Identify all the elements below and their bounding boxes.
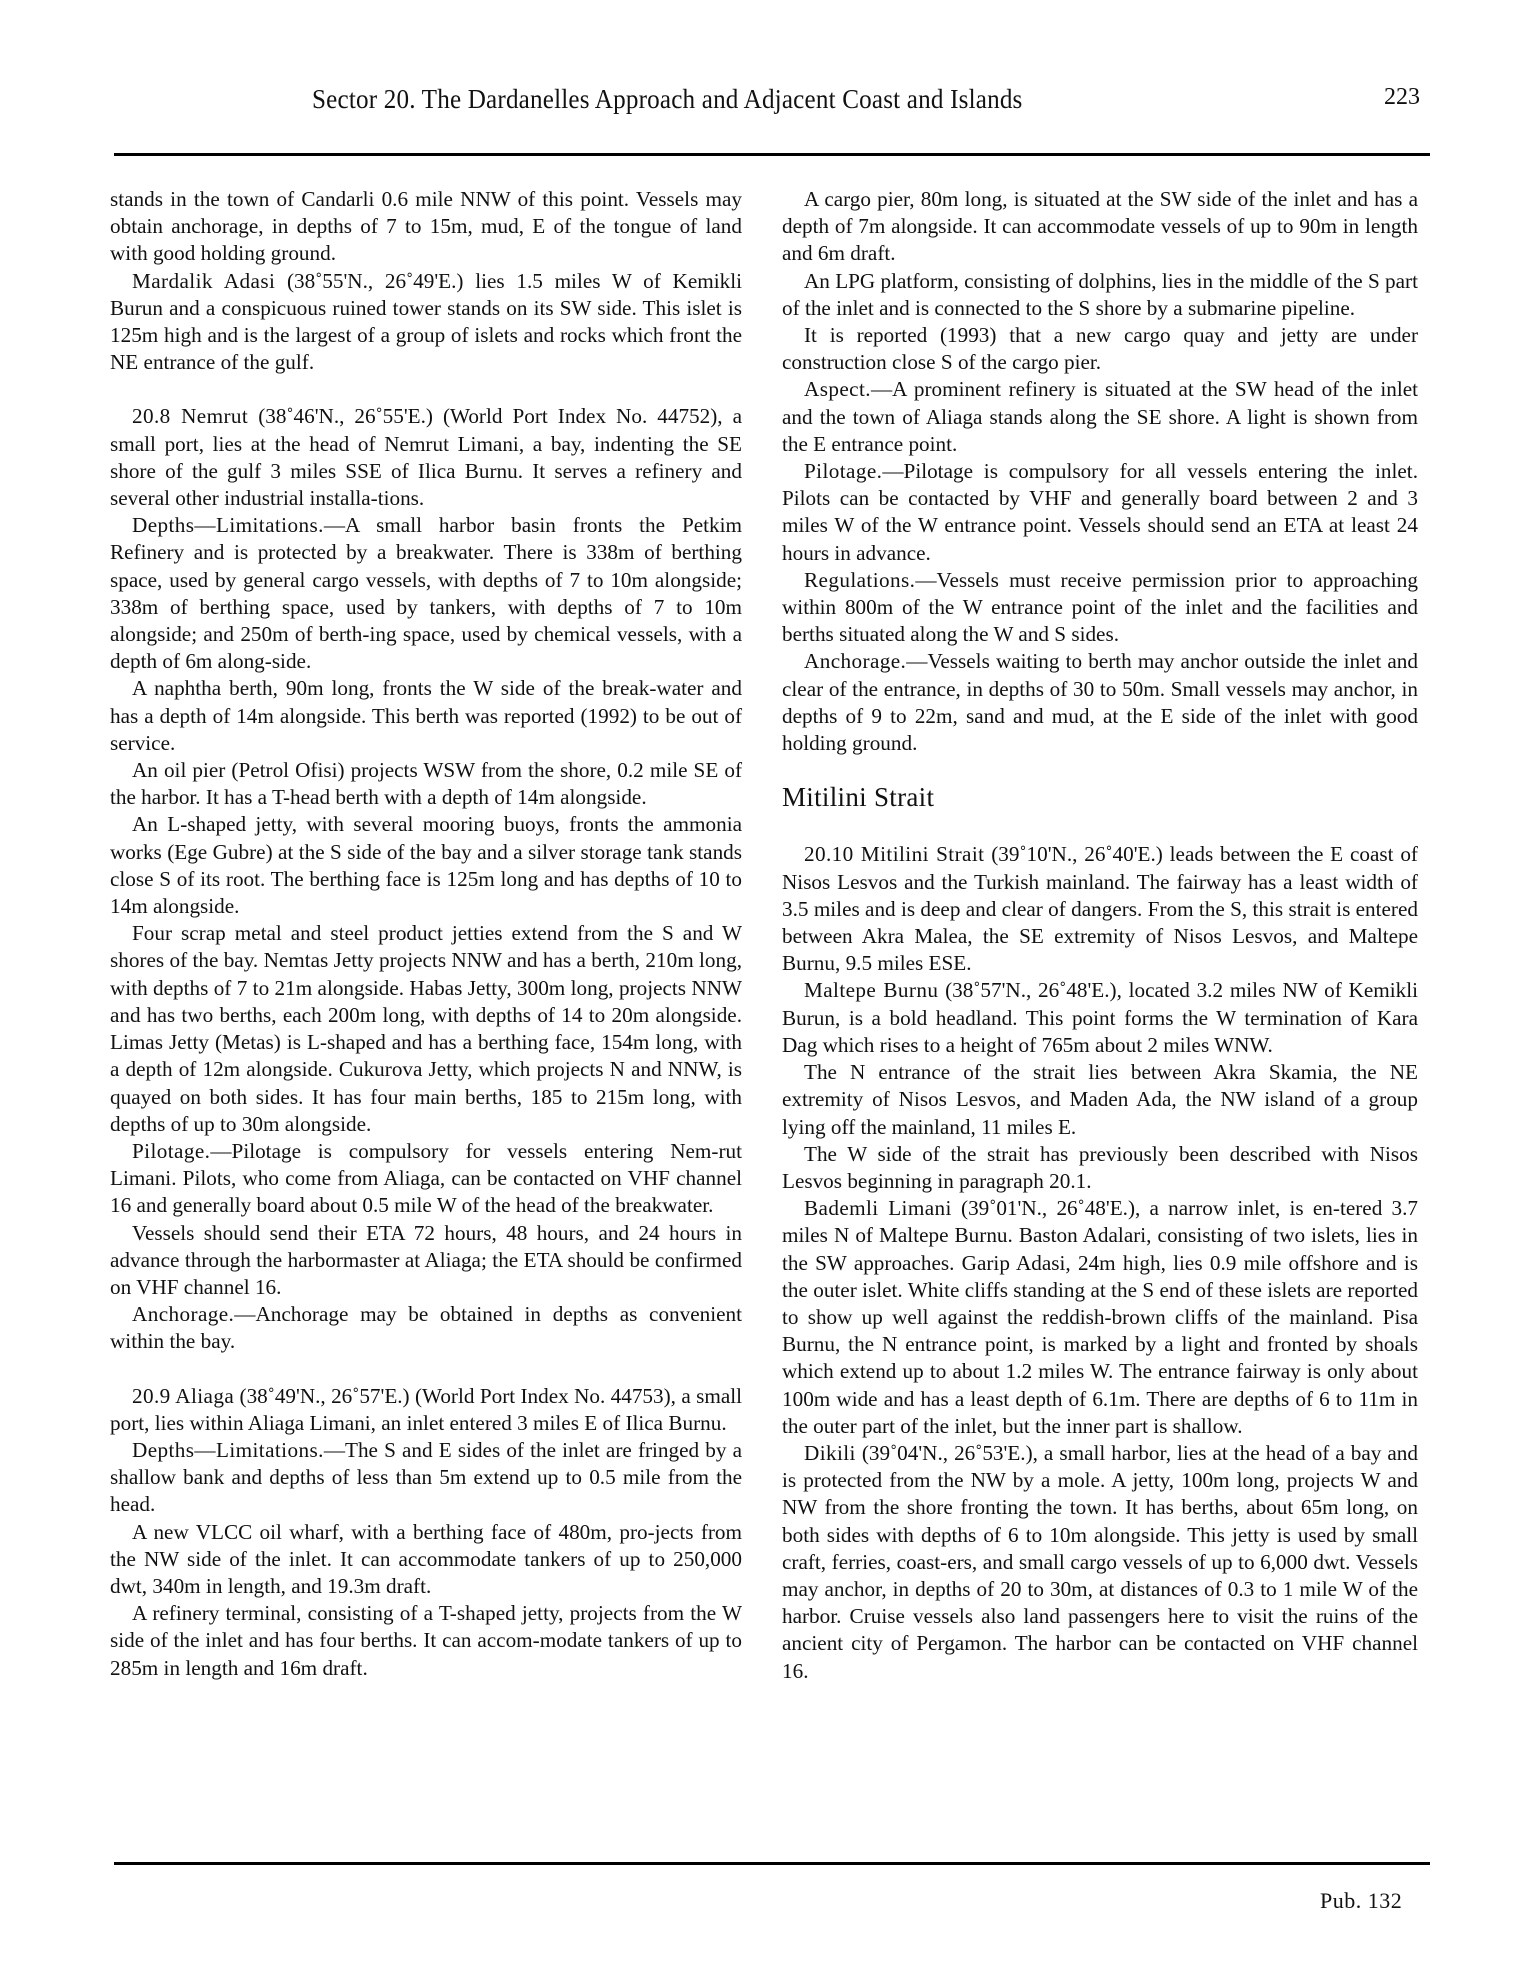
paragraph-text: An L-shaped jetty, with several mooring … xyxy=(110,812,742,918)
publication-label: Pub. 132 xyxy=(1320,1888,1402,1914)
paragraph: A cargo pier, 80m long, is situated at t… xyxy=(782,186,1418,268)
paragraph-label: Pilotage. xyxy=(132,1139,210,1163)
paragraph-label: 20.10 Mitilini Strait xyxy=(804,842,984,866)
paragraph-text: A naphtha berth, 90m long, fronts the W … xyxy=(110,676,742,754)
header-rule xyxy=(114,153,1430,156)
paragraph: Pilotage.—Pilotage is compulsory for ves… xyxy=(110,1138,742,1220)
paragraph: Maltepe Burnu (38˚57'N., 26˚48'E.), loca… xyxy=(782,977,1418,1059)
paragraph-text: The W side of the strait has previously … xyxy=(782,1142,1418,1193)
paragraph-text: (39˚04'N., 26˚53'E.), a small harbor, li… xyxy=(782,1441,1418,1683)
paragraph: An LPG platform, consisting of dolphins,… xyxy=(782,268,1418,322)
paragraph: 20.8 Nemrut (38˚46'N., 26˚55'E.) (World … xyxy=(110,403,742,512)
paragraph: 20.9 Aliaga (38˚49'N., 26˚57'E.) (World … xyxy=(110,1383,742,1437)
right-column: A cargo pier, 80m long, is situated at t… xyxy=(782,186,1418,1685)
paragraph-label: Aspect. xyxy=(804,377,871,401)
left-column: stands in the town of Candarli 0.6 mile … xyxy=(110,186,742,1682)
section-heading: Mitilini Strait xyxy=(782,784,1418,811)
paragraph-label: Mardalik Adasi xyxy=(132,269,275,293)
paragraph-text: The N entrance of the strait lies betwee… xyxy=(782,1060,1418,1138)
paragraph-text: An oil pier (Petrol Ofisi) projects WSW … xyxy=(110,758,742,809)
paragraph-label: Regulations. xyxy=(804,568,915,592)
paragraph: Depths—Limitations.—A small harbor basin… xyxy=(110,512,742,675)
paragraph: Depths—Limitations.—The S and E sides of… xyxy=(110,1437,742,1519)
paragraph-text: Four scrap metal and steel product jetti… xyxy=(110,921,742,1135)
paragraph: Pilotage.—Pilotage is compulsory for all… xyxy=(782,458,1418,567)
paragraph: A refinery terminal, consisting of a T-s… xyxy=(110,1600,742,1682)
footer-rule xyxy=(114,1862,1430,1865)
page-header: Sector 20. The Dardanelles Approach and … xyxy=(0,84,1530,124)
paragraph-text: A refinery terminal, consisting of a T-s… xyxy=(110,1601,742,1679)
paragraph: The N entrance of the strait lies betwee… xyxy=(782,1059,1418,1141)
paragraph: Bademli Limani (39˚01'N., 26˚48'E.), a n… xyxy=(782,1195,1418,1440)
paragraph: stands in the town of Candarli 0.6 mile … xyxy=(110,186,742,268)
paragraph: Four scrap metal and steel product jetti… xyxy=(110,920,742,1138)
page-number: 223 xyxy=(1384,84,1420,111)
paragraph: 20.10 Mitilini Strait (39˚10'N., 26˚40'E… xyxy=(782,841,1418,977)
paragraph-label: Anchorage. xyxy=(804,649,906,673)
paragraph: A naphtha berth, 90m long, fronts the W … xyxy=(110,675,742,757)
paragraph-text: An LPG platform, consisting of dolphins,… xyxy=(782,269,1418,320)
paragraph-text: stands in the town of Candarli 0.6 mile … xyxy=(110,187,742,265)
paragraph-label: Depths—Limitations. xyxy=(132,513,324,537)
paragraph-text: —A small harbor basin fronts the Petkim … xyxy=(110,513,742,673)
paragraph: An oil pier (Petrol Ofisi) projects WSW … xyxy=(110,757,742,811)
paragraph: Aspect.—A prominent refinery is situated… xyxy=(782,376,1418,458)
paragraph: Regulations.—Vessels must receive permis… xyxy=(782,567,1418,649)
paragraph-text: It is reported (1993) that a new cargo q… xyxy=(782,323,1418,374)
paragraph-label: Depths—Limitations. xyxy=(132,1438,324,1462)
paragraph-label: Dikili xyxy=(804,1441,856,1465)
paragraph-text: A cargo pier, 80m long, is situated at t… xyxy=(782,187,1418,265)
paragraph-label: 20.9 Aliaga xyxy=(132,1384,234,1408)
paragraph: Anchorage.—Anchorage may be obtained in … xyxy=(110,1301,742,1355)
paragraph-label: Pilotage. xyxy=(804,459,882,483)
running-title: Sector 20. The Dardanelles Approach and … xyxy=(312,84,1023,115)
paragraph: An L-shaped jetty, with several mooring … xyxy=(110,811,742,920)
paragraph: A new VLCC oil wharf, with a berthing fa… xyxy=(110,1519,742,1601)
paragraph: Anchorage.—Vessels waiting to berth may … xyxy=(782,648,1418,757)
paragraph-text: Vessels should send their ETA 72 hours, … xyxy=(110,1221,742,1299)
paragraph: Dikili (39˚04'N., 26˚53'E.), a small har… xyxy=(782,1440,1418,1685)
paragraph-text: A new VLCC oil wharf, with a berthing fa… xyxy=(110,1520,742,1598)
paragraph: The W side of the strait has previously … xyxy=(782,1141,1418,1195)
paragraph: It is reported (1993) that a new cargo q… xyxy=(782,322,1418,376)
paragraph-label: 20.8 Nemrut xyxy=(132,404,248,428)
paragraph-text: —A prominent refinery is situated at the… xyxy=(782,377,1418,455)
paragraph-label: Anchorage. xyxy=(132,1302,234,1326)
paragraph: Mardalik Adasi (38˚55'N., 26˚49'E.) lies… xyxy=(110,268,742,377)
paragraph-label: Maltepe Burnu xyxy=(804,978,938,1002)
paragraph: Vessels should send their ETA 72 hours, … xyxy=(110,1220,742,1302)
paragraph-text: (39˚01'N., 26˚48'E.), a narrow inlet, is… xyxy=(782,1196,1418,1438)
paragraph-label: Bademli Limani xyxy=(804,1196,952,1220)
